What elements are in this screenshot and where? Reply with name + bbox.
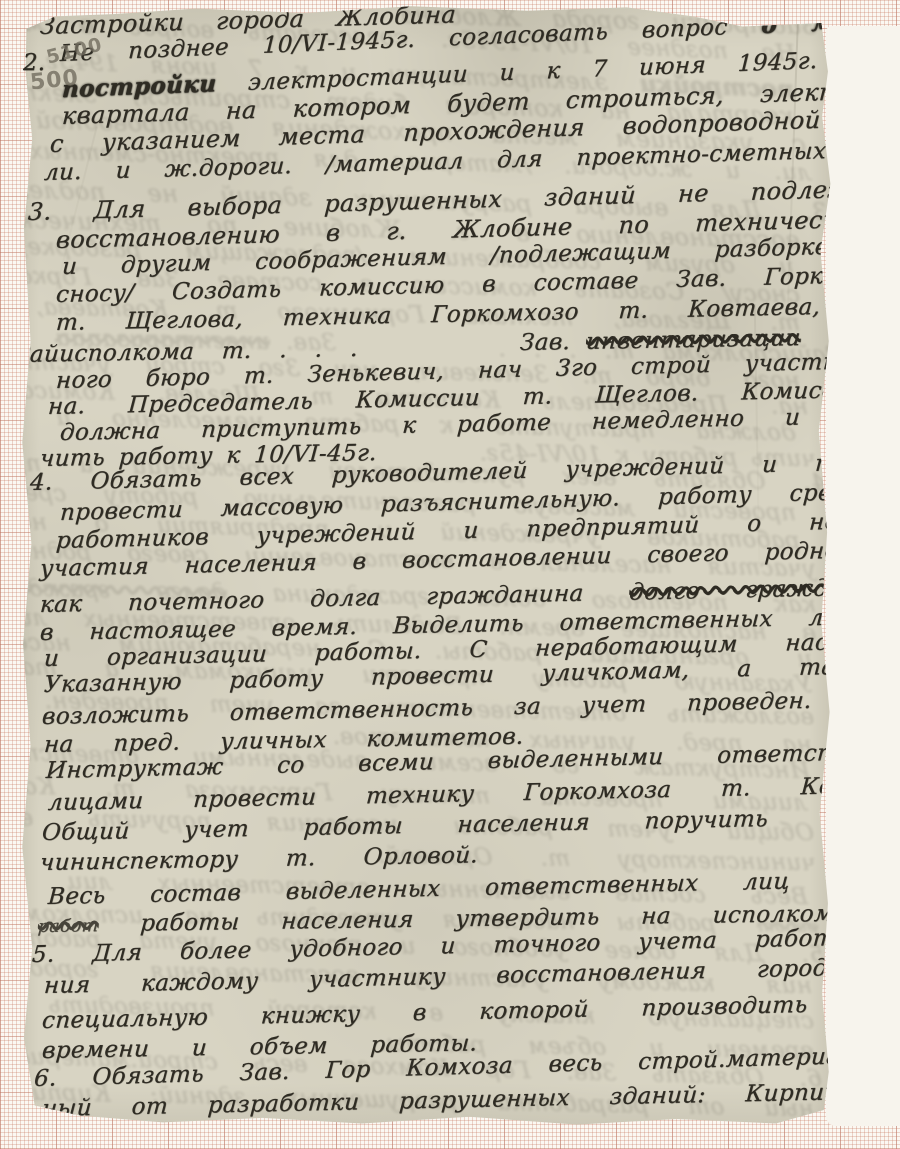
scanned-page: Застройки города ЖлобинаНе позднее 10/VI… (0, 0, 900, 1149)
handwritten-text-segment: чининспектору т. Орловой. (39, 842, 479, 876)
handwritten-line: чининспектору т. Орловой. (39, 842, 479, 876)
handwriting-layer: Застройки города ЖлобинаНе позднее 10/VI… (14, 4, 842, 1128)
handwritten-text-segment: работ (37, 916, 99, 937)
document-sheet: Застройки города ЖлобинаНе позднее 10/VI… (14, 4, 842, 1128)
item-2-number: 2. (23, 50, 45, 76)
underlying-white-sheet (826, 26, 900, 1126)
handwritten-text-segment: Зав. (519, 329, 587, 356)
